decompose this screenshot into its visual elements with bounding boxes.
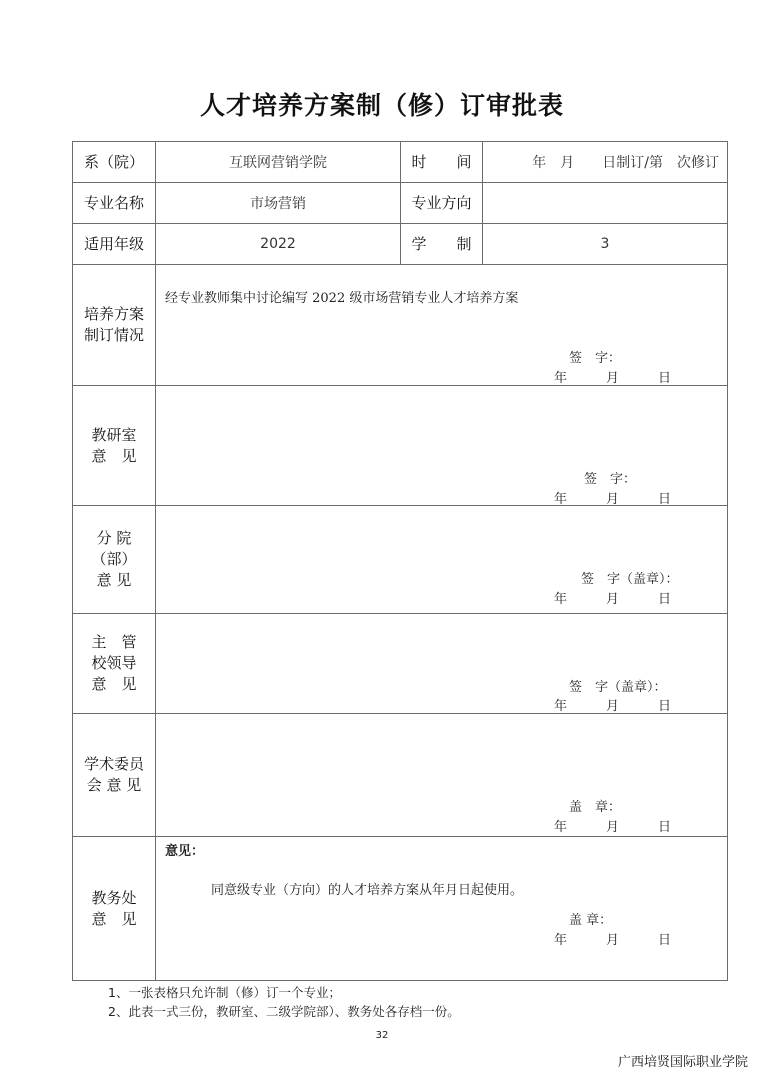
seal-label: 盖 章：	[569, 909, 612, 928]
notes: 1、一张表格只允许制（修）订一个专业； 2、此表一式三份，教研室、二级学院部）、…	[108, 983, 460, 1021]
duration-value[interactable]: 3	[483, 224, 728, 265]
section-label: 培养方案 制订情况	[73, 265, 156, 386]
section-label: 教务处 意 见	[73, 837, 156, 981]
section-content[interactable]: 签 字： 年 月 日	[156, 386, 728, 506]
section-academic-committee: 学术委员 会 意 见 盖 章： 年 月 日	[73, 714, 728, 837]
info-row-department: 系（院） 互联网营销学院 时 间 年 月 日制订/第 次修订	[73, 142, 728, 183]
duration-label: 学 制	[401, 224, 483, 265]
signature-label: 签 字（盖章）：	[569, 676, 667, 695]
department-label: 系（院）	[73, 142, 156, 183]
section-teaching-office: 教研室 意 见 签 字： 年 月 日	[73, 386, 728, 506]
signature-label: 签 字（盖章）：	[581, 568, 679, 587]
time-value[interactable]: 年 月 日制订/第 次修订	[483, 142, 728, 183]
note-item: 2、此表一式三份，教研室、二级学院部）、教务处各存档一份。	[108, 1002, 460, 1021]
department-value[interactable]: 互联网营销学院	[156, 142, 401, 183]
section-plan-status: 培养方案 制订情况 经专业教师集中讨论编写 2022 级市场营销专业人才培养方案…	[73, 265, 728, 386]
note-item: 1、一张表格只允许制（修）订一个专业；	[108, 983, 460, 1002]
seal-label: 盖 章：	[569, 796, 621, 815]
section-academic-affairs: 教务处 意 见 意见： 同意级专业（方向）的人才培养方案从年月日起使用。 盖 章…	[73, 837, 728, 981]
section-label: 主 管 校领导 意 见	[73, 614, 156, 714]
section-label: 学术委员 会 意 见	[73, 714, 156, 837]
approval-statement: 同意级专业（方向）的人才培养方案从年月日起使用。	[211, 879, 523, 898]
opinion-heading: 意见：	[165, 840, 204, 859]
direction-value[interactable]	[483, 183, 728, 224]
info-row-grade: 适用年级 2022 学 制 3	[73, 224, 728, 265]
signature-label: 签 字：	[569, 347, 621, 366]
section-content[interactable]: 意见： 同意级专业（方向）的人才培养方案从年月日起使用。 盖 章： 年 月 日	[156, 837, 728, 981]
signature-label: 签 字：	[584, 468, 636, 487]
section-content[interactable]: 经专业教师集中讨论编写 2022 级市场营销专业人才培养方案 签 字： 年 月 …	[156, 265, 728, 386]
grade-value[interactable]: 2022	[156, 224, 401, 265]
major-label: 专业名称	[73, 183, 156, 224]
time-label: 时 间	[401, 142, 483, 183]
grade-label: 适用年级	[73, 224, 156, 265]
page-number: 32	[0, 1030, 764, 1041]
section-content[interactable]: 签 字（盖章）： 年 月 日	[156, 614, 728, 714]
date-label: 年 月 日	[554, 367, 671, 386]
footer-institution: 广西培贤国际职业学院	[618, 1051, 748, 1070]
section-content[interactable]: 签 字（盖章）： 年 月 日	[156, 506, 728, 614]
date-label: 年 月 日	[554, 816, 671, 835]
form-title: 人才培养方案制（修）订审批表	[0, 86, 764, 122]
date-label: 年 月 日	[554, 695, 671, 714]
date-label: 年 月 日	[554, 588, 671, 607]
plan-description: 经专业教师集中讨论编写 2022 级市场营销专业人才培养方案	[165, 287, 518, 306]
section-branch-college: 分 院 （部） 意 见 签 字（盖章）： 年 月 日	[73, 506, 728, 614]
section-content[interactable]: 盖 章： 年 月 日	[156, 714, 728, 837]
direction-label: 专业方向	[401, 183, 483, 224]
section-label: 分 院 （部） 意 见	[73, 506, 156, 614]
major-value[interactable]: 市场营销	[156, 183, 401, 224]
info-row-major: 专业名称 市场营销 专业方向	[73, 183, 728, 224]
approval-form-table: 系（院） 互联网营销学院 时 间 年 月 日制订/第 次修订 专业名称 市场营销…	[72, 141, 728, 981]
section-label: 教研室 意 见	[73, 386, 156, 506]
section-school-leader: 主 管 校领导 意 见 签 字（盖章）： 年 月 日	[73, 614, 728, 714]
date-label: 年 月 日	[554, 929, 671, 948]
date-label: 年 月 日	[554, 488, 671, 507]
